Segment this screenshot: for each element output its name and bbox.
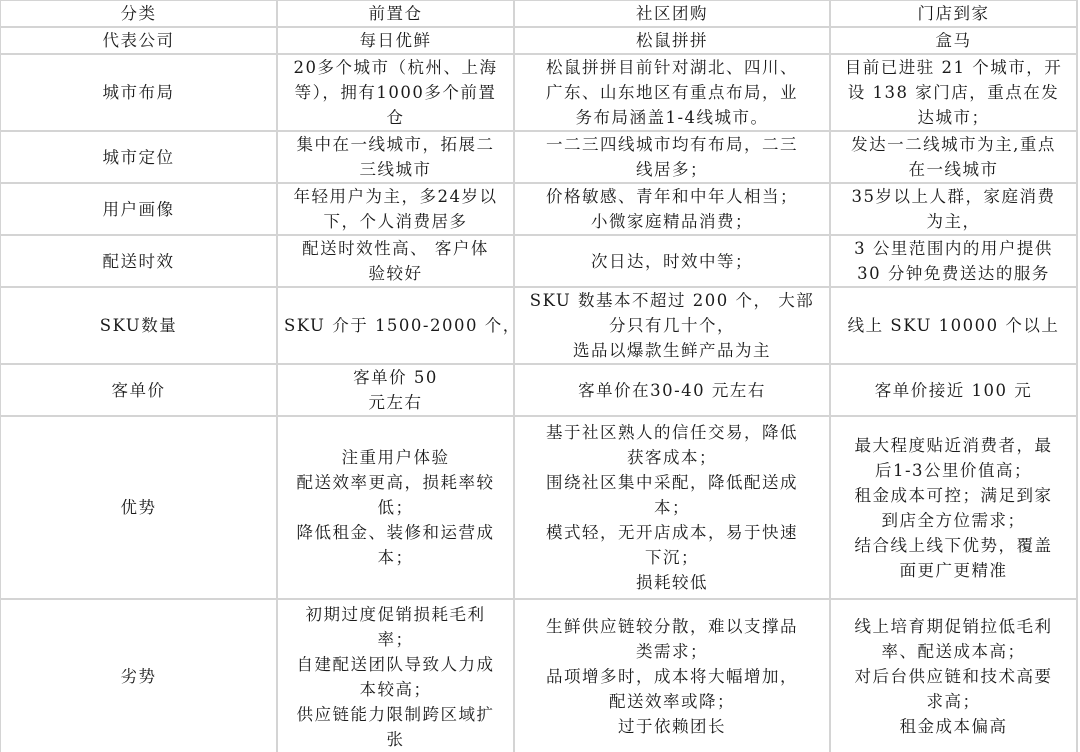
- cell-text-line: 客单价接近 100 元: [837, 378, 1070, 403]
- cell-text-line: 务布局涵盖1-4线城市。: [521, 105, 823, 130]
- cell-text-line: 目前已进驻 21 个城市，开: [837, 55, 1070, 80]
- cell-text-line: 初期过度促销损耗毛利: [284, 602, 507, 627]
- cell-text-line: 类需求；: [521, 639, 823, 664]
- header-category: 分类: [0, 0, 277, 27]
- cell-text-line: SKU 数基本不超过 200 个， 大部: [521, 288, 823, 313]
- cell-text-line: 下，个人消费居多: [284, 209, 507, 234]
- cell-text-line: 基于社区熟人的信任交易，降低: [521, 420, 823, 445]
- cell-text-line: 松鼠拼拼目前针对湖北、四川、: [521, 55, 823, 80]
- row-label: 劣势: [0, 599, 277, 752]
- cell-front-warehouse: 初期过度促销损耗毛利率；自建配送团队导致人力成本较高；供应链能力限制跨区域扩张: [277, 599, 514, 752]
- cell-text-line: 价格敏感、青年和中年人相当；: [521, 184, 823, 209]
- cell-community-group-buy: SKU 数基本不超过 200 个， 大部分只有几十个，选品以爆款生鲜产品为主: [514, 287, 830, 364]
- cell-text-line: 本；: [284, 545, 507, 570]
- comparison-table: 分类 前置仓 社区团购 门店到家 代表公司每日优鲜松鼠拼拼盒马城市布局20多个城…: [0, 0, 1078, 752]
- cell-text-line: 3 公里范围内的用户提供: [837, 236, 1070, 261]
- cell-text-line: 元左右: [284, 390, 507, 415]
- cell-text-line: 线上培育期促销拉低毛利: [837, 614, 1070, 639]
- cell-text-line: 下沉；: [521, 545, 823, 570]
- cell-text-line: 分只有几十个，: [521, 313, 823, 338]
- cell-community-group-buy: 松鼠拼拼目前针对湖北、四川、广东、山东地区有重点布局，业务布局涵盖1-4线城市。: [514, 54, 830, 131]
- cell-text-line: 35岁以上人群，家庭消费: [837, 184, 1070, 209]
- cell-text-line: 客单价 50: [284, 365, 507, 390]
- row-label: 客单价: [0, 364, 277, 416]
- cell-text-line: 次日达，时效中等；: [521, 249, 823, 274]
- cell-text-line: 注重用户体验: [284, 445, 507, 470]
- cell-text-line: 租金成本可控；满足到家: [837, 483, 1070, 508]
- cell-text-line: 在一线城市: [837, 157, 1070, 182]
- cell-community-group-buy: 客单价在30-40 元左右: [514, 364, 830, 416]
- cell-store-to-home: 客单价接近 100 元: [830, 364, 1077, 416]
- cell-text-line: 客单价在30-40 元左右: [521, 378, 823, 403]
- cell-text-line: 率；: [284, 627, 507, 652]
- cell-front-warehouse: 集中在一线城市，拓展二三线城市: [277, 131, 514, 183]
- cell-community-group-buy: 一二三四线城市均有布局，二三线居多；: [514, 131, 830, 183]
- row-label: 城市布局: [0, 54, 277, 131]
- cell-text-line: 松鼠拼拼: [521, 28, 823, 53]
- cell-text-line: 一二三四线城市均有布局，二三: [521, 132, 823, 157]
- cell-front-warehouse: SKU 介于 1500-2000 个，: [277, 287, 514, 364]
- cell-text-line: 选品以爆款生鲜产品为主: [521, 338, 823, 363]
- cell-store-to-home: 35岁以上人群，家庭消费为主，: [830, 183, 1077, 235]
- cell-text-line: 集中在一线城市，拓展二: [284, 132, 507, 157]
- cell-store-to-home: 线上培育期促销拉低毛利率、配送成本高；对后台供应链和技术高要求高；租金成本偏高: [830, 599, 1077, 752]
- cell-text-line: 低；: [284, 495, 507, 520]
- cell-text-line: 验较好: [284, 261, 507, 286]
- cell-front-warehouse: 20多个城市（杭州、上海等），拥有1000多个前置仓: [277, 54, 514, 131]
- cell-text-line: 后1-3公里价值高；: [837, 458, 1070, 483]
- row-disadvantages: 劣势初期过度促销损耗毛利率；自建配送团队导致人力成本较高；供应链能力限制跨区域扩…: [0, 599, 1077, 752]
- cell-store-to-home: 最大程度贴近消费者，最后1-3公里价值高；租金成本可控；满足到家到店全方位需求；…: [830, 416, 1077, 599]
- cell-text-line: 供应链能力限制跨区域扩: [284, 702, 507, 727]
- cell-text-line: 租金成本偏高: [837, 714, 1070, 739]
- cell-text-line: 降低租金、装修和运营成: [284, 520, 507, 545]
- row-sku-count: SKU数量SKU 介于 1500-2000 个，SKU 数基本不超过 200 个…: [0, 287, 1077, 364]
- cell-community-group-buy: 价格敏感、青年和中年人相当；小微家庭精品消费；: [514, 183, 830, 235]
- cell-text-line: 面更广更精准: [837, 558, 1070, 583]
- header-front-warehouse: 前置仓: [277, 0, 514, 27]
- cell-text-line: SKU 介于 1500-2000 个，: [284, 313, 507, 338]
- cell-front-warehouse: 配送时效性高、 客户体验较好: [277, 235, 514, 287]
- cell-text-line: 等），拥有1000多个前置: [284, 80, 507, 105]
- row-representative-company: 代表公司每日优鲜松鼠拼拼盒马: [0, 27, 1077, 54]
- cell-front-warehouse: 年轻用户为主，多24岁以下，个人消费居多: [277, 183, 514, 235]
- cell-front-warehouse: 客单价 50元左右: [277, 364, 514, 416]
- cell-text-line: 到店全方位需求；: [837, 508, 1070, 533]
- cell-text-line: 求高；: [837, 689, 1070, 714]
- cell-text-line: 仓: [284, 105, 507, 130]
- cell-text-line: 小微家庭精品消费；: [521, 209, 823, 234]
- cell-text-line: 品项增多时，成本将大幅增加，: [521, 664, 823, 689]
- row-city-positioning: 城市定位集中在一线城市，拓展二三线城市一二三四线城市均有布局，二三线居多；发达一…: [0, 131, 1077, 183]
- cell-text-line: 每日优鲜: [284, 28, 507, 53]
- cell-text-line: 配送效率或降；: [521, 689, 823, 714]
- row-city-layout: 城市布局20多个城市（杭州、上海等），拥有1000多个前置仓松鼠拼拼目前针对湖北…: [0, 54, 1077, 131]
- cell-store-to-home: 发达一二线城市为主,重点在一线城市: [830, 131, 1077, 183]
- cell-store-to-home: 线上 SKU 10000 个以上: [830, 287, 1077, 364]
- row-label: 用户画像: [0, 183, 277, 235]
- row-user-profile: 用户画像年轻用户为主，多24岁以下，个人消费居多价格敏感、青年和中年人相当；小微…: [0, 183, 1077, 235]
- cell-text-line: 本较高；: [284, 677, 507, 702]
- cell-text-line: 生鲜供应链较分散，难以支撑品: [521, 614, 823, 639]
- cell-front-warehouse: 注重用户体验配送效率更高，损耗率较低；降低租金、装修和运营成本；: [277, 416, 514, 599]
- cell-text-line: 最大程度贴近消费者，最: [837, 433, 1070, 458]
- cell-text-line: 线居多；: [521, 157, 823, 182]
- cell-text-line: 达城市；: [837, 105, 1070, 130]
- cell-text-line: 率、配送成本高；: [837, 639, 1070, 664]
- row-delivery-timeliness: 配送时效配送时效性高、 客户体验较好次日达，时效中等；3 公里范围内的用户提供3…: [0, 235, 1077, 287]
- cell-text-line: 线上 SKU 10000 个以上: [837, 313, 1070, 338]
- cell-community-group-buy: 基于社区熟人的信任交易，降低获客成本；围绕社区集中采配，降低配送成本；模式轻，无…: [514, 416, 830, 599]
- cell-text-line: 自建配送团队导致人力成: [284, 652, 507, 677]
- header-store-to-home: 门店到家: [830, 0, 1077, 27]
- cell-text-line: 对后台供应链和技术高要: [837, 664, 1070, 689]
- row-label: 配送时效: [0, 235, 277, 287]
- cell-text-line: 本；: [521, 495, 823, 520]
- cell-store-to-home: 盒马: [830, 27, 1077, 54]
- cell-text-line: 获客成本；: [521, 445, 823, 470]
- row-avg-order-value: 客单价客单价 50元左右客单价在30-40 元左右客单价接近 100 元: [0, 364, 1077, 416]
- row-label: 优势: [0, 416, 277, 599]
- row-advantages: 优势注重用户体验配送效率更高，损耗率较低；降低租金、装修和运营成本；基于社区熟人…: [0, 416, 1077, 599]
- cell-text-line: 设 138 家门店，重点在发: [837, 80, 1070, 105]
- cell-text-line: 年轻用户为主，多24岁以: [284, 184, 507, 209]
- row-label: 代表公司: [0, 27, 277, 54]
- cell-text-line: 过于依赖团长: [521, 714, 823, 739]
- cell-community-group-buy: 次日达，时效中等；: [514, 235, 830, 287]
- cell-text-line: 20多个城市（杭州、上海: [284, 55, 507, 80]
- row-label: SKU数量: [0, 287, 277, 364]
- cell-text-line: 发达一二线城市为主,重点: [837, 132, 1070, 157]
- cell-text-line: 为主，: [837, 209, 1070, 234]
- cell-text-line: 张: [284, 727, 507, 752]
- cell-text-line: 配送效率更高，损耗率较: [284, 470, 507, 495]
- cell-text-line: 配送时效性高、 客户体: [284, 236, 507, 261]
- cell-community-group-buy: 生鲜供应链较分散，难以支撑品类需求；品项增多时，成本将大幅增加，配送效率或降；过…: [514, 599, 830, 752]
- cell-store-to-home: 目前已进驻 21 个城市，开设 138 家门店，重点在发达城市；: [830, 54, 1077, 131]
- cell-community-group-buy: 松鼠拼拼: [514, 27, 830, 54]
- cell-text-line: 30 分钟免费送达的服务: [837, 261, 1070, 286]
- cell-text-line: 模式轻，无开店成本，易于快速: [521, 520, 823, 545]
- header-community-group-buy: 社区团购: [514, 0, 830, 27]
- cell-text-line: 盒马: [837, 28, 1070, 53]
- cell-text-line: 广东、山东地区有重点布局，业: [521, 80, 823, 105]
- header-row: 分类 前置仓 社区团购 门店到家: [0, 0, 1077, 27]
- table-body: 分类 前置仓 社区团购 门店到家 代表公司每日优鲜松鼠拼拼盒马城市布局20多个城…: [0, 0, 1077, 752]
- cell-text-line: 三线城市: [284, 157, 507, 182]
- cell-front-warehouse: 每日优鲜: [277, 27, 514, 54]
- cell-text-line: 结合线上线下优势，覆盖: [837, 533, 1070, 558]
- row-label: 城市定位: [0, 131, 277, 183]
- cell-text-line: 损耗较低: [521, 570, 823, 595]
- cell-store-to-home: 3 公里范围内的用户提供30 分钟免费送达的服务: [830, 235, 1077, 287]
- cell-text-line: 围绕社区集中采配，降低配送成: [521, 470, 823, 495]
